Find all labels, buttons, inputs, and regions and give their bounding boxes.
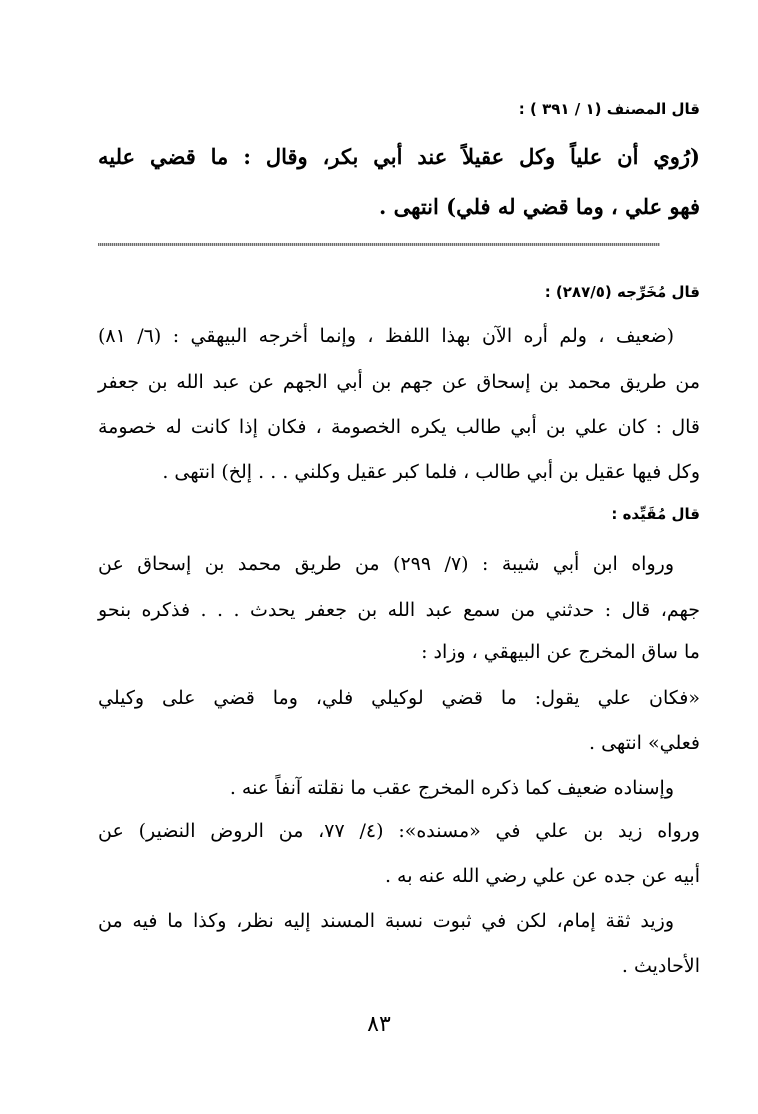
body-text-line: جهم، قال : حدثني من سمع عبد الله بن جعفر… <box>98 596 700 624</box>
body-text-line: وكل فيها عقيل بن أبي طالب ، فلما كبر عقي… <box>98 458 700 486</box>
body-text-line: ورواه زيد بن علي في «مسنده»: (٤/ ٧٧، من … <box>98 817 700 845</box>
section-heading-muqayyid: قال مُقَيِّده : <box>611 503 700 525</box>
page-number: ٨٣ <box>0 1011 758 1039</box>
body-text-line: قال : كان علي بن أبي طالب يكره الخصومة ،… <box>98 413 700 441</box>
book-page: قال المصنف (١ / ٣٩١ ) : (رُوي أن علياً و… <box>98 0 700 1114</box>
body-text-line: أبيه عن جده عن علي رضي الله عنه به . <box>98 862 700 890</box>
body-text-line: من طريق محمد بن إسحاق عن جهم بن أبي الجه… <box>98 368 700 396</box>
section-divider <box>98 243 660 246</box>
body-text-line: الأحاديث . <box>98 952 700 980</box>
section-heading-mukharrij: قال مُخَرِّجه (٢٨٧/٥) : <box>545 281 700 303</box>
body-text-line: وإسناده ضعيف كما ذكره المخرج عقب ما نقلت… <box>98 774 700 802</box>
body-text-line: فعلي» انتهى . <box>98 729 700 757</box>
body-text-line: ما ساق المخرج عن البيهقي ، وزاد : <box>98 638 700 666</box>
quoted-text-line: (رُوي أن علياً وكل عقيلاً عند أبي بكر، و… <box>98 142 700 172</box>
quoted-text-line: فهو علي ، وما قضي له فلي) انتهى . <box>98 192 700 222</box>
body-text-line: وزيد ثقة إمام، لكن في ثبوت نسبة المسند إ… <box>98 907 700 935</box>
section-heading-author: قال المصنف (١ / ٣٩١ ) : <box>519 98 700 120</box>
body-text-line: ورواه ابن أبي شيبة : (٧/ ٢٩٩) من طريق مح… <box>98 550 700 578</box>
body-text-line: «فكان علي يقول: ما قضي لوكيلي فلي، وما ق… <box>98 684 700 712</box>
body-text-line: (ضعيف ، ولم أره الآن بهذا اللفظ ، وإنما … <box>98 322 700 350</box>
